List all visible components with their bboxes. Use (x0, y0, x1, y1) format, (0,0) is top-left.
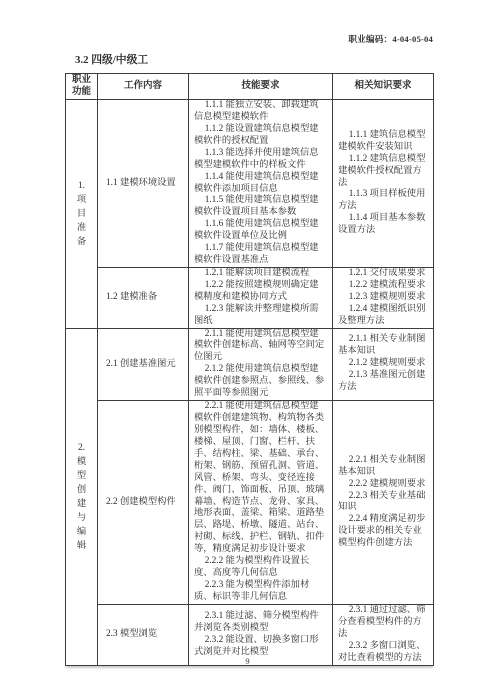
knowledge-item: 1.2.1 交付成果要求 (338, 268, 428, 280)
work-content-cell: 1.2 建模准备 (98, 268, 189, 329)
knowledge-item: 2.1.1 相关专业制图基本知识 (338, 334, 428, 358)
skill-item: 1.1.5 能使用建筑信息模型建模软件设置项目基本参数 (194, 195, 327, 219)
work-content-label: 2.2 创建模型构件 (106, 497, 184, 509)
work-content-cell: 1.1 建模环境设置 (98, 100, 189, 268)
function-label: 2.模型创建与编辑 (76, 441, 88, 553)
knowledge-cell: 2.1.1 相关专业制图基本知识 2.1.2 建模规则要求 2.1.3 基准图元… (333, 328, 434, 400)
knowledge-item: 2.1.3 基准图元创建方法 (338, 370, 428, 394)
skills-cell: 2.2.1 能使用建筑信息模型建模软件创建建筑物、构筑物各类别模型构件，如：墙体… (189, 400, 333, 604)
work-content-cell: 2.1 创建基准图元 (98, 328, 189, 400)
page-number: 9 (0, 656, 495, 666)
knowledge-item: 2.2.3 相关专业基础知识 (338, 491, 428, 515)
skill-requirements-table: 职业功能 工作内容 技能要求 相关知识要求 1.项目准备 1.1 建模环境设置 … (65, 73, 434, 666)
work-content-label: 2.3 模型浏览 (106, 629, 184, 641)
skill-item: 1.1.6 能使用建筑信息模型建模软件设置单位及比例 (194, 219, 327, 243)
knowledge-item: 2.3.1 通过过滤、筛分查看模型构件的方法 (338, 605, 428, 641)
knowledge-item: 1.2.2 建模流程要求 (338, 280, 428, 292)
skill-item: 2.2.3 能为模型构件添加材质、标识等非几何信息 (194, 580, 327, 604)
table-row: 2.2 创建模型构件 2.2.1 能使用建筑信息模型建模软件创建建筑物、构筑物各… (66, 400, 434, 604)
skill-item: 2.3.2 能设置、切换多窗口形式浏览并对比模型 (194, 635, 327, 659)
function-label: 1.项目准备 (76, 179, 88, 249)
knowledge-item: 2.2.2 建模规则要求 (338, 479, 428, 491)
knowledge-item: 1.2.3 建模规则要求 (338, 292, 428, 304)
knowledge-item: 2.2.4 精度满足初步设计要求的相关专业模型构件创建方法 (338, 514, 428, 550)
skill-item: 2.2.2 能为模型构件设置长度、高度等几何信息 (194, 556, 327, 580)
knowledge-item: 2.2.1 相关专业制图基本知识 (338, 455, 428, 479)
knowledge-item: 2.1.2 建模规则要求 (338, 358, 428, 370)
work-content-label: 2.1 创建基准图元 (106, 359, 184, 371)
skill-item: 1.2.1 能解读项目建模流程 (194, 268, 327, 280)
work-content-cell: 2.2 创建模型构件 (98, 400, 189, 604)
function-cell-1: 1.项目准备 (66, 100, 98, 329)
skill-item: 1.1.7 能使用建筑信息模型建模软件设置基准点 (194, 243, 327, 267)
occupation-code: 职业编码：4-04-05-04 (348, 33, 433, 45)
skills-cell: 1.1.1 能独立安装、卸载建筑信息模型建模软件 1.1.2 能设置建筑信息模型… (189, 100, 333, 268)
skill-item: 1.1.2 能设置建筑信息模型建模软件的授权配置 (194, 124, 327, 148)
knowledge-item: 1.2.4 建模图纸识别及整理方法 (338, 304, 428, 328)
knowledge-item: 1.1.4 项目基本参数设置方法 (338, 213, 428, 237)
skill-item: 1.2.2 能按照建模规则确定建模精度和建模协同方式 (194, 280, 327, 304)
document-page: 职业编码：4-04-05-04 3.2 四级/中级工 职业功能 工作内容 技能要… (0, 0, 495, 700)
header-work-content: 工作内容 (98, 74, 189, 100)
skills-cell: 2.1.1 能使用建筑信息模型建模软件创建标高、轴网等空间定位图元 2.1.2 … (189, 328, 333, 400)
skill-item: 1.1.3 能选择并使用建筑信息模型建模软件中的样板文件 (194, 148, 327, 172)
header-function: 职业功能 (66, 74, 98, 100)
function-cell-2: 2.模型创建与编辑 (66, 328, 98, 665)
work-content-label: 1.2 建模准备 (106, 292, 184, 304)
knowledge-cell: 2.2.1 相关专业制图基本知识 2.2.2 建模规则要求 2.2.3 相关专业… (333, 400, 434, 604)
knowledge-item: 1.1.2 建筑信息模型建模软件授权配置方法 (338, 154, 428, 190)
section-title: 3.2 四级/中级工 (75, 52, 148, 67)
skill-item: 2.1.1 能使用建筑信息模型建模软件创建标高、轴网等空间定位图元 (194, 329, 327, 365)
skill-item: 1.1.1 能独立安装、卸载建筑信息模型建模软件 (194, 100, 327, 124)
skills-cell: 1.2.1 能解读项目建模流程 1.2.2 能按照建模规则确定建模精度和建模协同… (189, 268, 333, 329)
skill-item: 2.1.2 能使用建筑信息模型建模软件创建参照点、参照线、参照平面等参照图元 (194, 364, 327, 400)
skill-item: 2.2.1 能使用建筑信息模型建模软件创建建筑物、构筑物各类别模型构件，如：墙体… (194, 401, 327, 556)
table-row: 2.模型创建与编辑 2.1 创建基准图元 2.1.1 能使用建筑信息模型建模软件… (66, 328, 434, 400)
header-skill-requirements: 技能要求 (189, 74, 333, 100)
skill-item: 1.2.3 能解读并整理建模所需图纸 (194, 304, 327, 328)
work-content-label: 1.1 建模环境设置 (106, 178, 184, 190)
knowledge-cell: 1.2.1 交付成果要求 1.2.2 建模流程要求 1.2.3 建模规则要求 1… (333, 268, 434, 329)
skill-item: 1.1.4 能使用建筑信息模型建模软件添加项目信息 (194, 172, 327, 196)
table-row: 1.2 建模准备 1.2.1 能解读项目建模流程 1.2.2 能按照建模规则确定… (66, 268, 434, 329)
table-row: 1.项目准备 1.1 建模环境设置 1.1.1 能独立安装、卸载建筑信息模型建模… (66, 100, 434, 268)
knowledge-cell: 1.1.1 建筑信息模型建模软件安装知识 1.1.2 建筑信息模型建模软件授权配… (333, 100, 434, 268)
knowledge-item: 1.1.1 建筑信息模型建模软件安装知识 (338, 130, 428, 154)
skill-item: 2.3.1 能过滤、筛分模型构件并浏览各类别模型 (194, 611, 327, 635)
header-knowledge-requirements: 相关知识要求 (333, 74, 434, 100)
table-header-row: 职业功能 工作内容 技能要求 相关知识要求 (66, 74, 434, 100)
knowledge-item: 1.1.3 项目样板使用方法 (338, 189, 428, 213)
